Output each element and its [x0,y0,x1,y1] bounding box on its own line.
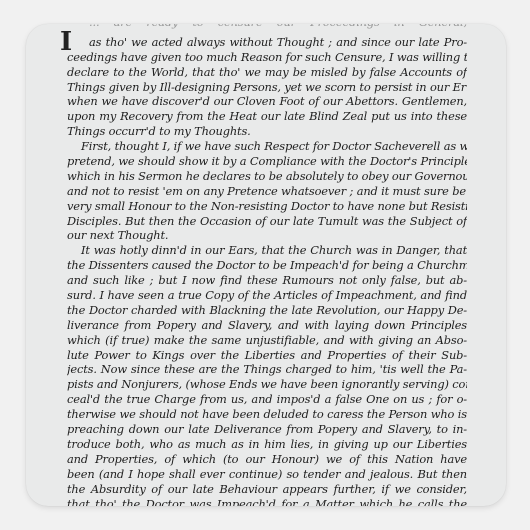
text-line: pretend, we should show it by a Complian… [67,154,467,169]
text-line: which (if true) make the same unjustifia… [67,333,467,348]
text-line: preaching down our late Deliverance from… [67,422,467,437]
document-text: ... are ready to censure our Proceedings… [67,24,467,506]
text-line: our next Thought. [67,228,467,243]
document-card: I ... are ready to censure our Proceedin… [26,24,506,506]
text-line: very small Honour to the Non-resisting D… [67,199,467,214]
text-line: Disciples. But then the Occasion of our … [67,214,467,229]
text-line: Things given by Ill-designing Persons, y… [67,80,467,95]
text-line: jects. Now since these are the Things ch… [67,362,467,377]
text-line: which in his Sermon he declares to be ab… [67,169,467,184]
text-line: troduce both, who as much as in him lies… [67,437,467,452]
document-page: I ... are ready to censure our Proceedin… [67,24,467,506]
drop-cap: I [60,29,72,55]
text-line: and Properties, of which (to our Honour)… [67,452,467,467]
text-line: and such like ; but I now find these Rum… [67,273,467,288]
text-line: therwise we should not have been deluded… [67,407,467,422]
text-line: ... are ready to censure our Proceedings… [67,24,467,30]
text-line: ceal'd the true Charge from us, and impo… [67,392,467,407]
text-line: ceedings have given too much Reason for … [67,50,467,65]
text-line: the Absurdity of our late Behaviour appe… [67,482,467,497]
text-line: lute Power to Kings over the Liberties a… [67,348,467,363]
text-line: been (and I hope shall ever continue) so… [67,467,467,482]
text-line: as tho' we acted always without Thought … [67,35,467,50]
text-line: and not to resist 'em on any Pretence wh… [67,184,467,199]
text-line: that tho' the Doctor was Impeach'd for a… [67,497,467,507]
text-line: It was hotly dinn'd in our Ears, that th… [67,243,467,258]
text-line: the Dissenters caused the Doctor to be I… [67,258,467,273]
text-line: declare to the World, that tho' we may b… [67,65,467,80]
text-line: surd. I have seen a true Copy of the Art… [67,288,467,303]
text-line: liverance from Popery and Slavery, and w… [67,318,467,333]
text-line: pists and Nonjurers, (whose Ends we have… [67,377,467,392]
text-line: First, thought I, if we have such Respec… [67,139,467,154]
text-line: when we have discover'd our Cloven Foot … [67,94,467,109]
text-line: the Doctor charded with Blackning the la… [67,303,467,318]
text-line: upon my Recovery from the Heat our late … [67,109,467,124]
text-line: Things occurr'd to my Thoughts. [67,124,467,139]
